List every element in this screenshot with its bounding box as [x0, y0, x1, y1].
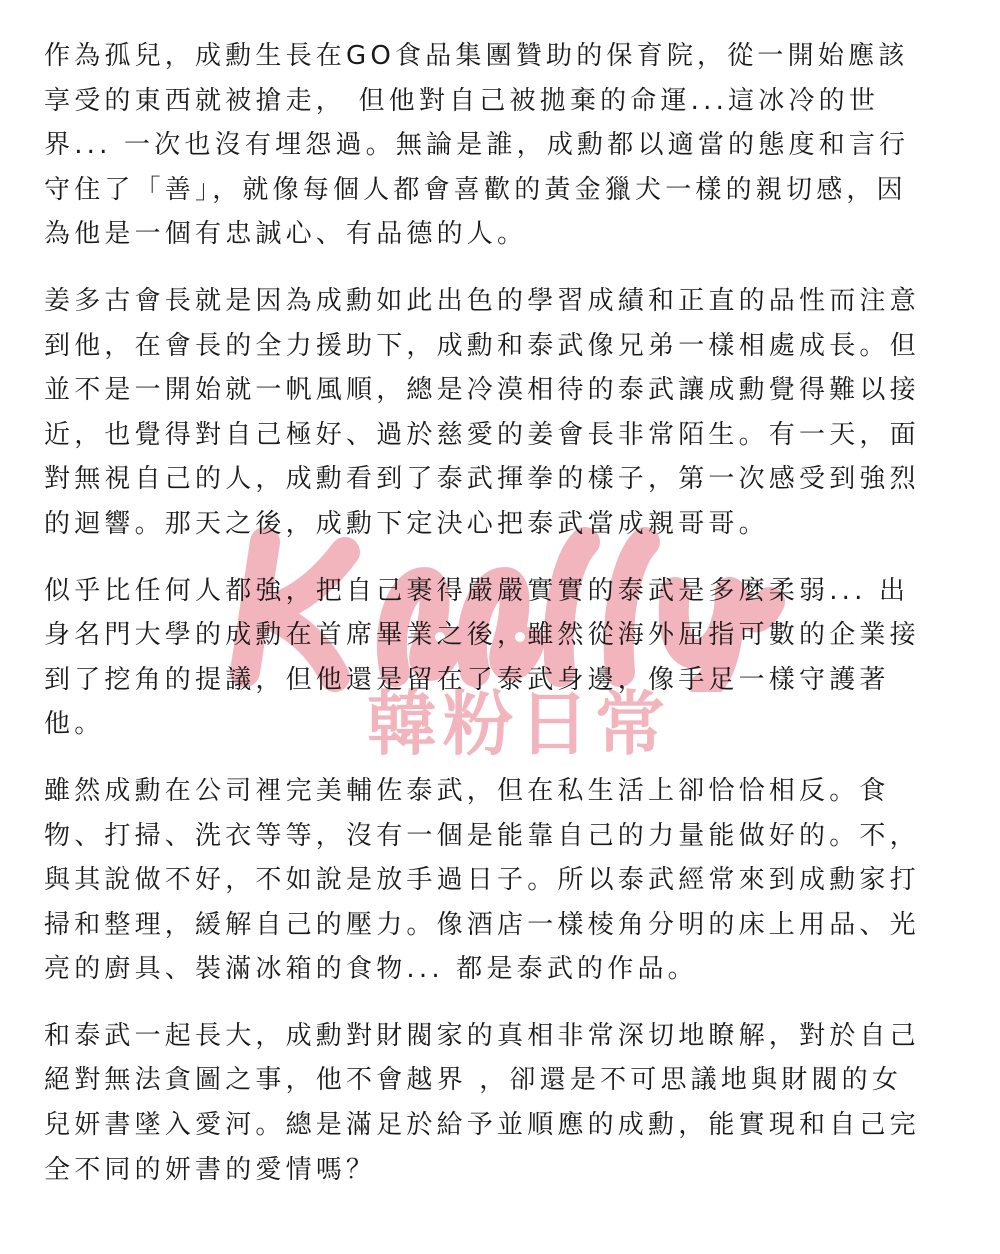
paragraph-3: 似乎比任何人都強，把自己裹得嚴嚴實實的泰武是多麼柔弱... 出身名門大學的成勳在…	[44, 569, 964, 747]
text-line: 與其說做不好，不如說是放手過日子。所以泰武經常來到成勳家打	[44, 858, 964, 903]
text-line: 作為孤兒，成勳生長在GO食品集團贊助的保育院，從一開始應該	[44, 34, 964, 79]
text-line: 身名門大學的成勳在首席畢業之後，雖然從海外屈指可數的企業接	[44, 613, 964, 658]
text-line: 守住了「善」，就像每個人都會喜歡的黃金獵犬一樣的親切感，因	[44, 168, 964, 213]
text-line: 物、打掃、洗衣等等，沒有一個是能靠自己的力量能做好的。不，	[44, 814, 964, 859]
text-line: 亮的廚具、裝滿冰箱的食物... 都是泰武的作品。	[44, 947, 964, 992]
text-line: 為他是一個有忠誠心、有品德的人。	[44, 212, 964, 257]
text-line: 掃和整理，緩解自己的壓力。像酒店一樣棱角分明的床上用品、光	[44, 903, 964, 948]
text-line: 到了挖角的提議，但他還是留在了泰武身邊，像手足一樣守護著	[44, 658, 964, 703]
text-line: 到他，在會長的全力援助下，成勳和泰武像兄弟一樣相處成長。但	[44, 324, 964, 369]
text-line: 全不同的妍書的愛情嗎？	[44, 1148, 964, 1193]
text-line: 雖然成勳在公司裡完美輔佐泰武，但在私生活上卻恰恰相反。食	[44, 769, 964, 814]
document-body: 作為孤兒，成勳生長在GO食品集團贊助的保育院，從一開始應該享受的東西就被搶走， …	[44, 34, 964, 1214]
text-line: 絕對無法貪圖之事，他不會越界 ，卻還是不可思議地與財閥的女	[44, 1058, 964, 1103]
paragraph-2: 姜多古會長就是因為成勳如此出色的學習成績和正直的品性而注意到他，在會長的全力援助…	[44, 279, 964, 547]
text-line: 享受的東西就被搶走， 但他對自己被拋棄的命運...這冰冷的世	[44, 79, 964, 124]
paragraph-4: 雖然成勳在公司裡完美輔佐泰武，但在私生活上卻恰恰相反。食物、打掃、洗衣等等，沒有…	[44, 769, 964, 992]
text-line: 近，也覺得對自己極好、過於慈愛的姜會長非常陌生。有一天，面	[44, 413, 964, 458]
text-line: 姜多古會長就是因為成勳如此出色的學習成績和正直的品性而注意	[44, 279, 964, 324]
text-line: 似乎比任何人都強，把自己裹得嚴嚴實實的泰武是多麼柔弱... 出	[44, 569, 964, 614]
text-line: 並不是一開始就一帆風順，總是冷漠相待的泰武讓成勳覺得難以接	[44, 368, 964, 413]
text-line: 和泰武一起長大，成勳對財閥家的真相非常深切地瞭解，對於自己	[44, 1014, 964, 1059]
text-line: 對無視自己的人，成勳看到了泰武揮拳的樣子，第一次感受到強烈	[44, 457, 964, 502]
paragraph-1: 作為孤兒，成勳生長在GO食品集團贊助的保育院，從一開始應該享受的東西就被搶走， …	[44, 34, 964, 257]
text-line: 他。	[44, 702, 964, 747]
paragraph-5: 和泰武一起長大，成勳對財閥家的真相非常深切地瞭解，對於自己絕對無法貪圖之事，他不…	[44, 1014, 964, 1192]
text-line: 的迴響。那天之後，成勳下定決心把泰武當成親哥哥。	[44, 502, 964, 547]
text-line: 兒妍書墜入愛河。總是滿足於給予並順應的成勳，能實現和自己完	[44, 1103, 964, 1148]
text-line: 界... 一次也沒有埋怨過。無論是誰，成勳都以適當的態度和言行	[44, 123, 964, 168]
